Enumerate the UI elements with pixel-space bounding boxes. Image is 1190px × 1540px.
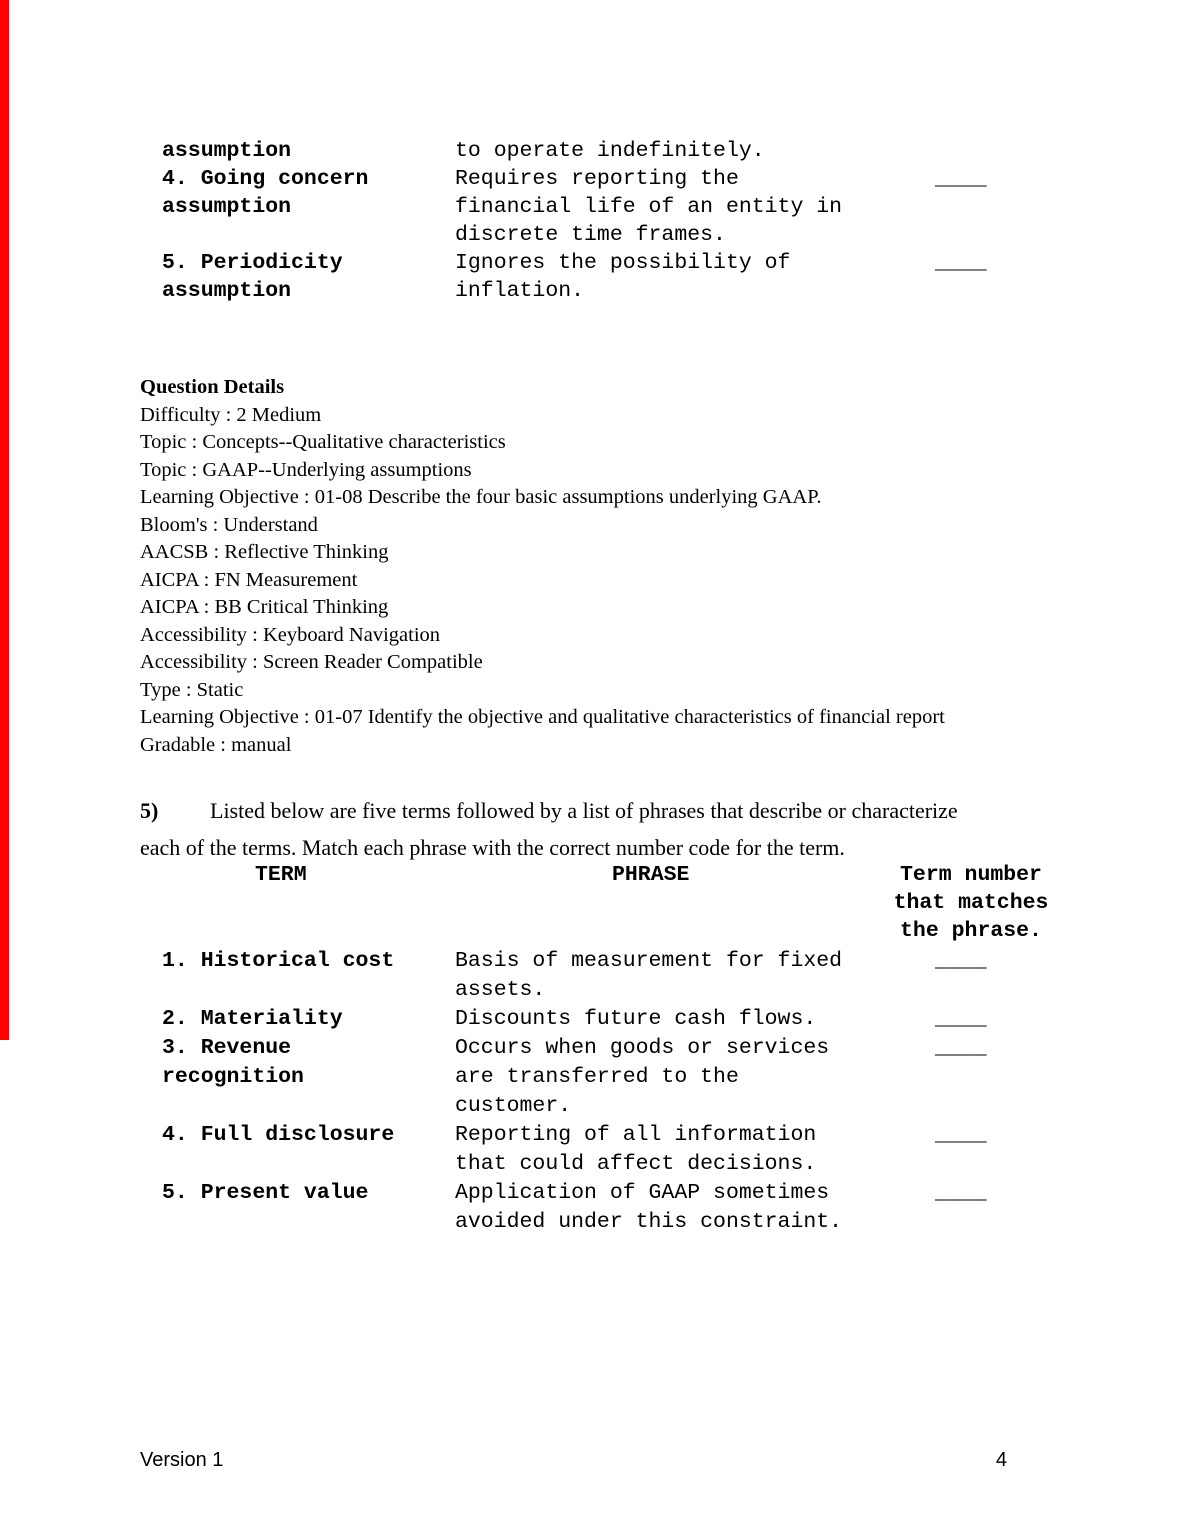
phrase-line: Occurs when goods or services	[455, 1034, 935, 1063]
phrase-line: Requires reporting the	[455, 165, 935, 193]
answer-blank: ____	[935, 947, 1015, 1005]
term-cell: 1. Historical cost	[162, 947, 455, 1005]
term-line: 3. Revenue	[162, 1034, 455, 1063]
table-row: 2. Materiality Discounts future cash flo…	[162, 1005, 1015, 1034]
question-5: 5)Listed below are five terms followed b…	[140, 792, 958, 866]
question-number: 5)	[140, 792, 210, 829]
header-line: that matches	[890, 889, 1052, 917]
table-row: 1. Historical cost Basis of measurement …	[162, 947, 1015, 1005]
document-page: assumption to operate indefinitely. 4. G…	[0, 0, 1190, 1540]
column-header-term: TERM	[255, 861, 307, 889]
term-line: 4. Going concern	[162, 165, 455, 193]
term-line: assumption	[162, 137, 455, 165]
term-cell: 2. Materiality	[162, 1005, 455, 1034]
phrase-cell: Requires reporting the financial life of…	[455, 165, 935, 249]
detail-line: Bloom's : Understand	[140, 512, 945, 540]
detail-line: Difficulty : 2 Medium	[140, 402, 945, 430]
term-line: 5. Periodicity	[162, 249, 455, 277]
answer-blank	[935, 137, 1015, 165]
detail-line: Topic : Concepts--Qualitative characteri…	[140, 429, 945, 457]
answer-blank: ____	[935, 1121, 1015, 1179]
term-line: assumption	[162, 277, 455, 305]
term-line: 1. Historical cost	[162, 947, 455, 976]
term-line: 5. Present value	[162, 1179, 455, 1208]
phrase-line: that could affect decisions.	[455, 1150, 935, 1179]
detail-line: AICPA : FN Measurement	[140, 567, 945, 595]
phrase-cell: to operate indefinitely.	[455, 137, 935, 165]
term-line: assumption	[162, 193, 455, 221]
term-cell: 4. Going concern assumption	[162, 165, 455, 249]
table-row: 4. Going concern assumption Requires rep…	[162, 165, 1015, 249]
detail-line: Learning Objective : 01-08 Describe the …	[140, 484, 945, 512]
page-footer: Version 1 4	[140, 1448, 1007, 1472]
phrase-line: avoided under this constraint.	[455, 1208, 935, 1237]
answer-blank: ____	[935, 1034, 1015, 1121]
phrase-line: assets.	[455, 976, 935, 1005]
matching-table-continued: assumption to operate indefinitely. 4. G…	[162, 137, 1015, 305]
phrase-line: inflation.	[455, 277, 935, 305]
phrase-line: discrete time frames.	[455, 221, 935, 249]
answer-blank: ____	[935, 1179, 1015, 1237]
phrase-line: Basis of measurement for fixed	[455, 947, 935, 976]
version-label: Version 1	[140, 1448, 223, 1472]
table-row: 3. Revenue recognition Occurs when goods…	[162, 1034, 1015, 1121]
answer-blank: ____	[935, 1005, 1015, 1034]
phrase-line: to operate indefinitely.	[455, 137, 935, 165]
detail-line: Gradable : manual	[140, 732, 945, 760]
detail-line: Accessibility : Keyboard Navigation	[140, 622, 945, 650]
header-line: Term number	[890, 861, 1052, 889]
detail-line: Type : Static	[140, 677, 945, 705]
detail-line: AICPA : BB Critical Thinking	[140, 594, 945, 622]
table-body: 1. Historical cost Basis of measurement …	[162, 947, 1015, 1237]
phrase-cell: Discounts future cash flows.	[455, 1005, 935, 1034]
detail-line: Accessibility : Screen Reader Compatible	[140, 649, 945, 677]
term-line: 2. Materiality	[162, 1005, 455, 1034]
answer-blank: ____	[935, 249, 1015, 305]
phrase-line: Ignores the possibility of	[455, 249, 935, 277]
question-details-block: Question Details Difficulty : 2 Medium T…	[140, 374, 945, 759]
term-cell: assumption	[162, 137, 455, 165]
phrase-line: Application of GAAP sometimes	[455, 1179, 935, 1208]
question-text-line: 5)Listed below are five terms followed b…	[140, 792, 958, 829]
phrase-line: financial life of an entity in	[455, 193, 935, 221]
header-line: the phrase.	[890, 917, 1052, 945]
table-row: 5. Present value Application of GAAP som…	[162, 1179, 1015, 1237]
term-cell: 4. Full disclosure	[162, 1121, 455, 1179]
phrase-line: Reporting of all information	[455, 1121, 935, 1150]
detail-line: Topic : GAAP--Underlying assumptions	[140, 457, 945, 485]
red-revision-bar	[0, 0, 9, 1040]
answer-blank: ____	[935, 165, 1015, 249]
phrase-cell: Occurs when goods or services are transf…	[455, 1034, 935, 1121]
term-cell: 3. Revenue recognition	[162, 1034, 455, 1121]
detail-line: AACSB : Reflective Thinking	[140, 539, 945, 567]
matching-table: TERM PHRASE Term number that matches the…	[162, 861, 1015, 1237]
phrase-cell: Reporting of all information that could …	[455, 1121, 935, 1179]
question-details-heading: Question Details	[140, 374, 945, 402]
term-line: 4. Full disclosure	[162, 1121, 455, 1150]
table-row: assumption to operate indefinitely.	[162, 137, 1015, 165]
phrase-line: Discounts future cash flows.	[455, 1005, 935, 1034]
phrase-line: are transferred to the	[455, 1063, 935, 1092]
page-number: 4	[996, 1448, 1007, 1472]
question-text: Listed below are five terms followed by …	[210, 798, 958, 823]
phrase-cell: Basis of measurement for fixed assets.	[455, 947, 935, 1005]
detail-line: Learning Objective : 01-07 Identify the …	[140, 704, 945, 732]
table-row: 5. Periodicity assumption Ignores the po…	[162, 249, 1015, 305]
phrase-line: customer.	[455, 1092, 935, 1121]
phrase-cell: Ignores the possibility of inflation.	[455, 249, 935, 305]
column-header-term-number: Term number that matches the phrase.	[890, 861, 1052, 945]
column-header-phrase: PHRASE	[612, 861, 689, 889]
table-row: 4. Full disclosure Reporting of all info…	[162, 1121, 1015, 1179]
term-cell: 5. Periodicity assumption	[162, 249, 455, 305]
phrase-cell: Application of GAAP sometimes avoided un…	[455, 1179, 935, 1237]
table-header-row: TERM PHRASE Term number that matches the…	[162, 861, 1015, 945]
term-cell: 5. Present value	[162, 1179, 455, 1237]
term-line: recognition	[162, 1063, 455, 1092]
